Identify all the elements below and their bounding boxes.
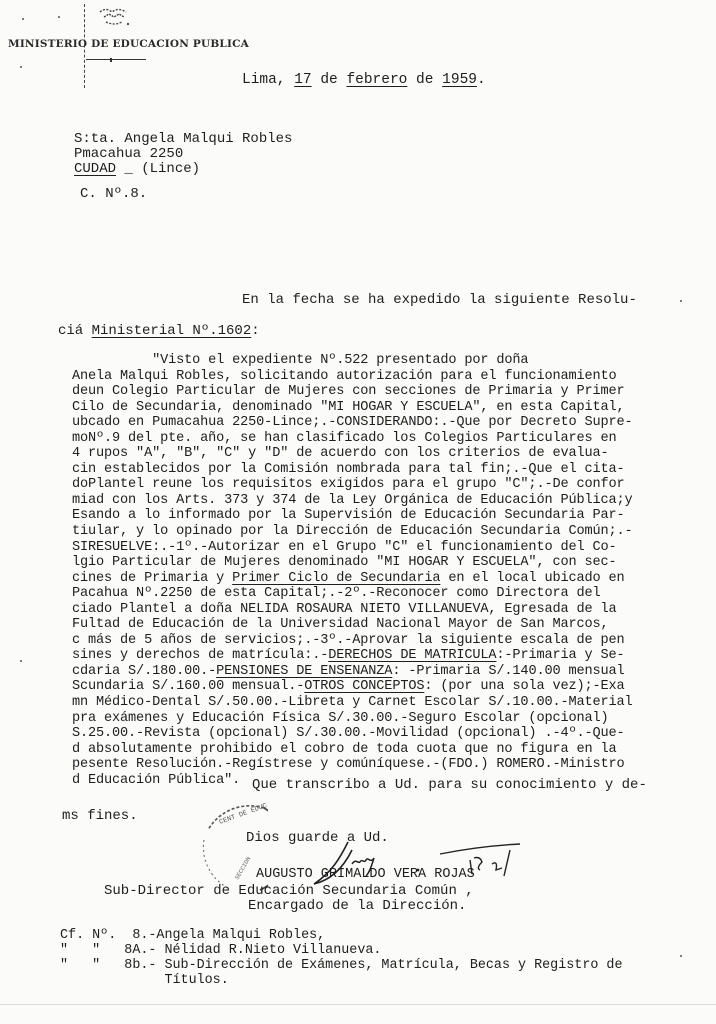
scan-edge	[0, 1004, 716, 1005]
transcription-line-1: Que transcribo a Ud. para su conocimient…	[252, 777, 647, 793]
signer-title-role: Encargado de la Dirección.	[248, 898, 466, 914]
date-month: febrero	[346, 72, 407, 88]
resolution-line: moNº.9 del pte. año, se han clasificado …	[72, 431, 633, 447]
resolution-line: 4 rupos "A", "B", "C" y "D" de acuerdo c…	[72, 446, 633, 462]
intro-line-2: ciá Ministerial Nº.1602:	[58, 323, 260, 339]
date-suffix: .	[477, 72, 486, 88]
recipient-name: S:ta. Angela Malqui Robles	[74, 132, 292, 147]
scan-speck	[20, 660, 22, 662]
copies-list: Cf. Nº. 8.-Angela Malqui Robles," " 8A.-…	[60, 928, 623, 988]
copy-recipient: Títulos.	[60, 973, 623, 988]
resolution-line: mn Médico-Dental S/.50.00.-Libreta y Car…	[72, 695, 633, 711]
resolution-line: Anela Malqui Robles, solicitando autoriz…	[72, 369, 633, 385]
resolution-line: c más de 5 años de servicios;.-3º.-Aprov…	[72, 633, 633, 649]
resolution-line: Scundaria S/.160.00 mensual.-OTROS CONCE…	[72, 679, 633, 695]
letterhead-divider-horizontal	[86, 59, 146, 60]
transcription-line-2: ms fines.	[62, 808, 138, 824]
resolution-line: doPlantel reune los requisitos exigidos …	[72, 477, 633, 493]
resolution-line: sines y derechos de matrícula:.-DERECHOS…	[72, 648, 633, 664]
resolution-line: cdaria S/.180.00.-PENSIONES DE ENSENANZA…	[72, 664, 633, 680]
resolution-line: cines de Primaria y Primer Ciclo de Secu…	[72, 571, 633, 587]
resolution-line: miad con los Arts. 373 y 374 de la Ley O…	[72, 493, 633, 509]
document-page: MINISTERIO DE EDUCACION PUBLICA Lima, 17…	[0, 0, 716, 1024]
scan-speck	[22, 18, 24, 20]
date-de: de	[407, 72, 442, 88]
recipient-city-line: CUDAD _ (Lince)	[74, 162, 292, 177]
recipient-district: _ (Lince)	[116, 161, 200, 177]
scan-speck	[680, 300, 682, 302]
date-year: 1959	[442, 72, 477, 88]
resolution-line: cin establecidos por la Comisión nombrad…	[72, 462, 633, 478]
copy-recipient: " " 8b.- Sub-Dirección de Exámenes, Matr…	[60, 958, 623, 973]
office-reference: C. Nº.8.	[80, 186, 147, 202]
svg-text:SECCION: SECCION	[234, 855, 253, 881]
copy-recipient: Cf. Nº. 8.-Angela Malqui Robles,	[60, 928, 623, 943]
scan-speck	[58, 16, 60, 18]
resolution-line: SIRESUELVE:.-1º.-Autorizar en el Grupo "…	[72, 540, 633, 556]
signer-name: AUGUSTO GRIMALDO VERA ROJAS	[256, 867, 475, 882]
resolution-line: pra exámenes y Educación Física S/.30.00…	[72, 711, 633, 727]
coat-of-arms-icon	[96, 6, 132, 28]
resolution-line: ciado Plantel a doña NELIDA ROSAURA NIET…	[72, 602, 633, 618]
resolution-line: tiular, y lo opinado por la Dirección de…	[72, 524, 633, 540]
resolution-line: pesente Resolución.-Regístrese y comúníq…	[72, 757, 633, 773]
resolution-line: Pacahua Nº.2250 de esta Capital;.-2º.-Re…	[72, 586, 633, 602]
intro-prefix: ciá	[58, 323, 92, 339]
copy-recipient: " " 8A.- Nélidad R.Nieto Villanueva.	[60, 943, 623, 958]
signer-title: Sub-Director de Educación Secundaria Com…	[104, 883, 474, 899]
resolution-number: Ministerial Nº.1602	[92, 323, 252, 339]
scan-speck	[680, 955, 682, 957]
date-line: Lima, 17 de febrero de 1959.	[242, 72, 486, 88]
intro-suffix: :	[251, 323, 259, 339]
resolution-line: Esando a lo informado por la Supervisión…	[72, 508, 633, 524]
resolution-line: Fultad de Educación de la Universidad Na…	[72, 617, 633, 633]
resolution-body: "Visto el expediente Nº.522 presentado p…	[72, 353, 633, 788]
date-de: de	[312, 72, 347, 88]
recipient-address: S:ta. Angela Malqui RoblesPmacahua 2250C…	[74, 132, 292, 177]
recipient-city: CUDAD	[74, 161, 116, 177]
resolution-line: deun Colegio Particular de Mujeres con s…	[72, 384, 633, 400]
resolution-line: S.25.00.-Revista (opcional) S/.30.00.-Mo…	[72, 726, 633, 742]
date-day: 17	[294, 72, 311, 88]
scan-speck	[20, 66, 22, 68]
intro-line-1: En la fecha se ha expedido la siguiente …	[242, 292, 637, 308]
date-prefix: Lima,	[242, 72, 294, 88]
resolution-line: d absolutamente prohibido el cobro de to…	[72, 742, 633, 758]
resolution-line: lgio Particular de Mujeres denominado "M…	[72, 555, 633, 571]
letterhead-institution: MINISTERIO DE EDUCACION PUBLICA	[8, 38, 249, 50]
resolution-line: "Visto el expediente Nº.522 presentado p…	[72, 353, 633, 369]
resolution-line: Cilo de Secundaria, denominado "MI HOGAR…	[72, 400, 633, 416]
recipient-street: Pmacahua 2250	[74, 147, 292, 162]
resolution-line: ubcado en Pumacahua 2250-Lince;.-CONSIDE…	[72, 415, 633, 431]
